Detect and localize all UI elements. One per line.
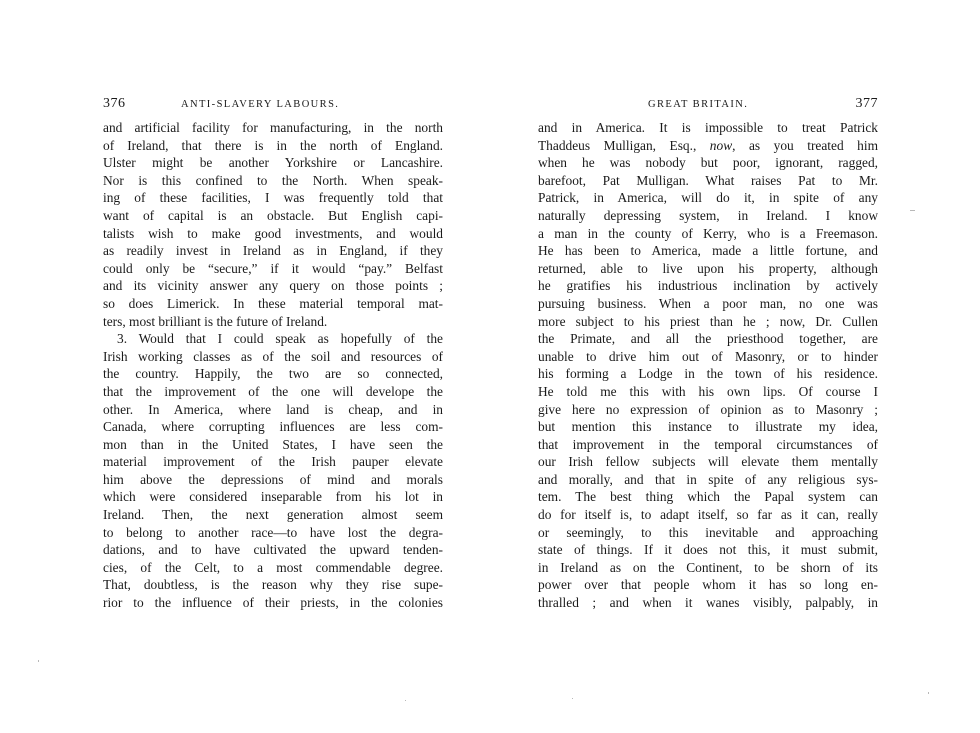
page-number: 377 [856, 97, 879, 111]
text-line: our Irish fellow subjects will elevate t… [538, 453, 878, 471]
scan-speck [910, 210, 915, 211]
text-line: ing of these facilities, I was frequentl… [103, 189, 443, 207]
text-line: He has been to America, made a little fo… [538, 242, 878, 260]
text-line: talists wish to make good investments, a… [103, 225, 443, 243]
scan-speck [572, 698, 573, 699]
text-line: that improvement in the temporal circums… [538, 436, 878, 454]
running-head-title: ANTI-SLAVERY LABOURS. [181, 98, 339, 112]
text-line: the country. Happily, the two are so con… [103, 365, 443, 383]
text-line: power over that people whom it has so lo… [538, 576, 878, 594]
text-line: rior to the influence of their priests, … [103, 594, 443, 612]
text-line: and its vicinity answer any query on tho… [103, 277, 443, 295]
scan-speck [405, 700, 406, 701]
italic-word: now [710, 138, 732, 153]
text-line: he gratifies his industrious inclination… [538, 277, 878, 295]
text-line: barefoot, Pat Mulligan. What raises Pat … [538, 172, 878, 190]
text-line: of Ireland, that there is in the north o… [103, 137, 443, 155]
body-text-left: and artificial facility for manufacturin… [103, 119, 443, 612]
text-line: That, doubtless, is the reason why they … [103, 576, 443, 594]
text-line: give here no expression of opinion as to… [538, 401, 878, 419]
text-line: mon than in the United States, I have se… [103, 436, 443, 454]
text-line: could only be “secure,” if it would “pay… [103, 260, 443, 278]
text-line: when he was nobody but poor, ignorant, r… [538, 154, 878, 172]
running-head-left: 376 ANTI-SLAVERY LABOURS. [103, 97, 443, 111]
text-line: him above the depressions of mind and mo… [103, 471, 443, 489]
text-line: cies, of the Celt, to a most commendable… [103, 559, 443, 577]
text-fragment: , as you treated him [732, 138, 878, 153]
text-line: or seemingly, to this inevitable and app… [538, 524, 878, 542]
text-line: thralled ; and when it wanes visibly, pa… [538, 594, 878, 612]
text-line: the Primate, and all the priesthood toge… [538, 330, 878, 348]
text-line: and morally, and that in spite of any re… [538, 471, 878, 489]
text-line: tem. The best thing which the Papal syst… [538, 488, 878, 506]
text-line: Thaddeus Mulligan, Esq., now, as you tre… [538, 137, 878, 155]
text-fragment: Thaddeus Mulligan, Esq., [538, 138, 710, 153]
text-line: Patrick, in America, will do it, in spit… [538, 189, 878, 207]
text-line: which were considered inseparable from h… [103, 488, 443, 506]
scan-speck [38, 660, 39, 662]
text-line: that the improvement of the one will dev… [103, 383, 443, 401]
text-line: want of capital is an obstacle. But Engl… [103, 207, 443, 225]
scan-speck [928, 692, 929, 694]
text-line: ters, most brilliant is the future of Ir… [103, 313, 443, 331]
text-line: to belong to another race—to have lost t… [103, 524, 443, 542]
text-line: do for itself is, to adapt itself, so fa… [538, 506, 878, 524]
text-line: material improvement of the Irish pauper… [103, 453, 443, 471]
text-line: returned, able to live upon his property… [538, 260, 878, 278]
text-line: as readily invest in Ireland as in Engla… [103, 242, 443, 260]
text-line: Ireland. Then, the next generation almos… [103, 506, 443, 524]
body-text-right: and in America. It is impossible to trea… [538, 119, 878, 612]
text-line: but mention this instance to illustrate … [538, 418, 878, 436]
text-line: his forming a Lodge in the town of his r… [538, 365, 878, 383]
text-line: Ulster might be another Yorkshire or Lan… [103, 154, 443, 172]
text-line: 3. Would that I could speak as hopefully… [103, 330, 443, 348]
running-head-right: GREAT BRITAIN. 377 [538, 97, 878, 111]
text-line: a man in the county of Kerry, who is a F… [538, 225, 878, 243]
text-line: other. In America, where land is cheap, … [103, 401, 443, 419]
text-line: Nor is this confined to the North. When … [103, 172, 443, 190]
text-line: naturally depressing system, in Ireland.… [538, 207, 878, 225]
text-line: dations, and to have cultivated the upwa… [103, 541, 443, 559]
text-line: pursuing business. When a poor man, no o… [538, 295, 878, 313]
text-line: unable to drive him out of Masonry, or t… [538, 348, 878, 366]
text-line: He told me this with his own lips. Of co… [538, 383, 878, 401]
page-number: 376 [103, 97, 126, 111]
text-line: and artificial facility for manufacturin… [103, 119, 443, 137]
running-head-title: GREAT BRITAIN. [648, 98, 748, 112]
text-line: and in America. It is impossible to trea… [538, 119, 878, 137]
text-line: Canada, where corrupting influences are … [103, 418, 443, 436]
text-line: in Ireland as on the Continent, to be sh… [538, 559, 878, 577]
text-line: so does Limerick. In these material temp… [103, 295, 443, 313]
text-line: state of things. If it does not this, it… [538, 541, 878, 559]
text-line: Irish working classes as of the soil and… [103, 348, 443, 366]
text-line: more subject to his priest than he ; now… [538, 313, 878, 331]
